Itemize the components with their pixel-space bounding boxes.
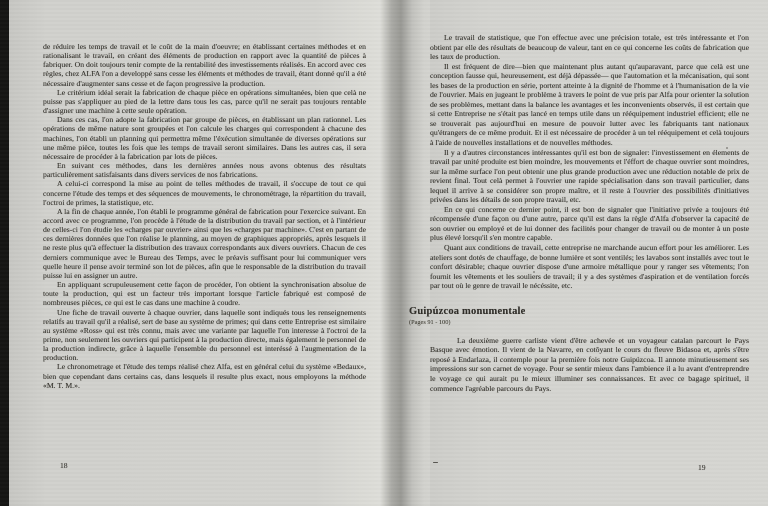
body-paragraph: Le chronometrage et l'étude des temps ré… [43,362,366,389]
body-paragraph: En appliquant scrupuleusement cette faço… [43,280,366,307]
body-paragraph: Il est fréquent de dire—bien que mainten… [430,62,749,148]
section-pages-reference: (Pages 91 - 100) [409,319,749,326]
scan-artifact-dot [726,147,728,149]
page-gutter-shadow [380,0,432,506]
scan-artifact-dot [533,271,535,273]
body-paragraph: En ce qui concerne ce dernier point, il … [430,205,749,243]
left-page-text: de réduire les temps de travail et le co… [43,42,366,390]
body-paragraph: Quant aux conditions de travail, cette e… [430,243,749,291]
body-paragraph: La deuxième guerre carliste vient d'être… [430,336,749,393]
body-paragraph: Le critérium idéal serait la fabrication… [43,88,366,115]
body-paragraph: Une fiche de travail ouverte à chaque ou… [43,308,366,363]
right-page-number: 19 [698,463,706,472]
right-page-text: Le travail de statistique, que l'on effe… [430,33,749,393]
body-paragraph: Dans ces cas, l'on adopte la fabrication… [43,115,366,161]
body-paragraph: de réduire les temps de travail et le co… [43,42,366,88]
scan-left-edge [0,0,9,506]
body-paragraph: En suivant ces méthodes, dans les derniè… [43,161,366,179]
section-heading: Guipúzcoa monumentale [409,306,749,317]
left-page-number: 18 [60,461,68,470]
body-paragraph: A la fin de chaque année, l'on établi le… [43,207,366,280]
body-paragraph: Il y a d'autres circonstances intéressan… [430,148,749,205]
book-scan: de réduire les temps de travail et le co… [0,0,768,506]
body-paragraph: A celui-ci correspond la mise au point d… [43,179,366,206]
body-paragraph: Le travail de statistique, que l'on effe… [430,33,749,62]
